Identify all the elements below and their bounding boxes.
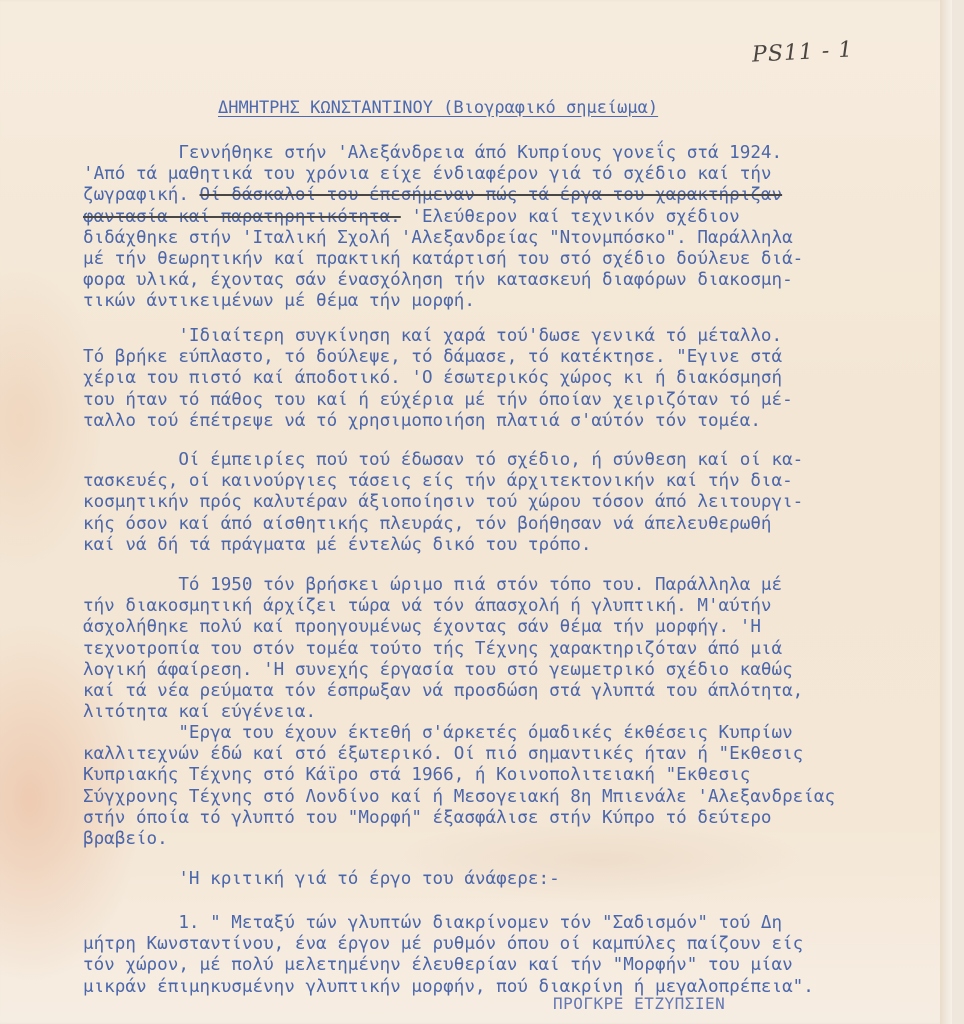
paragraph-sculpture-1950: Τό 1950 τόν βρήσκει ώριμο πιά στόν τόπο … [83,575,803,723]
text-line: Σύγχρονης Τέχνης στό Λονδίνο καί ή Μεσογ… [83,787,835,808]
paragraph-birth-education: Γεννήθηκε στήν 'Αλεξάνδρεια άπό Κυπρίους… [83,143,803,313]
paragraph-exhibitions: "Εργα του έχουν έκτεθή σ'άρκετές όμαδικέ… [83,723,835,850]
text-line: βραβείο. [83,829,835,850]
text-line: καί τά νέα ρεύματα τόν έσπρωξαν νά προσδ… [83,681,803,702]
text-line: λιτότητα καί εύγένεια. [83,702,803,723]
text-line: τεχνοτροπία του στόν τομέα τούτο τής Τέχ… [83,639,803,660]
text-line: 'Από τά μαθητικά του χρόνια είχε ένδιαφέ… [83,164,803,185]
text-segment: 'Ελεύθερον καί τεχνικόν σχέδιον [401,207,740,227]
text-line: κής όσον καί άπό αίσθητικής πλευράς, τόν… [83,514,803,535]
text-line: λογική άφαίρεση. 'Η συνεχής έργασία του … [83,660,803,681]
text-line: Τό 1950 τόν βρήσκει ώριμο πιά στόν τόπο … [83,575,803,596]
struck-through-text: φαντασία καί παρατηρητικότητα. [83,207,401,227]
text-line: Τό βρήκε εύπλαστο, τό δούλεψε, τό δάμασε… [83,347,793,368]
text-line: 1. " Μεταξύ τών γλυπτών διακρίνομεν τόν … [83,913,814,934]
text-line: φορα υλικά, έχοντας σάν ένασχόληση τήν κ… [83,270,803,291]
text-line: τόν χώρον, μέ πολύ μελετημένην έλευθερία… [83,955,814,976]
paragraph-criticism-quote: 1. " Μεταξύ τών γλυπτών διακρίνομεν τόν … [83,913,814,998]
text-line: Γεννήθηκε στήν 'Αλεξάνδρεια άπό Κυπρίους… [83,143,803,164]
text-line: 'Ιδιαίτερη συγκίνηση καί χαρά τού'δωσε γ… [83,326,793,347]
text-line: τασκευές, οί καινούργιες τάσεις είς τήν … [83,471,803,492]
text-line: Κυπριακής Τέχνης στό Κάϊρο στά 1966, ή Κ… [83,765,835,786]
text-line: άσχολήθηκε πολύ καί προηγουμένως έχοντας… [83,617,803,638]
text-line: 'Η κριτική γιά τό έργο του άνάφερε:- [83,869,560,890]
text-line: διδάχθηκε στήν 'Ιταλική Σχολή 'Αλεξανδρε… [83,228,803,249]
text-line: μήτρη Κωνσταντίνου, ένα έργον μέ ρυθμόν … [83,934,814,955]
text-line: μέ τήν θεωρητικήν καί πρακτική κατάρτισή… [83,249,803,270]
text-line: κοσμητικήν πρός καλυτέραν άξιοποίησιν το… [83,492,803,513]
paragraph-experience: Οί έμπειρίες πού τού έδωσαν τό σχέδιο, ή… [83,450,803,556]
text-line: τικών άντικειμένων μέ θέμα τήν μορφή. [83,291,803,312]
paper-sheet: PS11 - 1 ΔΗΜΗΤΡΗΣ ΚΩΝΣΤΑΝΤΙΝΟΥ (Βιογραφι… [0,0,952,1024]
text-line: καλλιτεχνών έδώ καί στό έξωτερικό. Οί πι… [83,744,835,765]
text-line: του ήταν τό πάθος του καί ή εύχέρια μέ τ… [83,390,793,411]
text-line: τήν διακοσμητική άρχίζει τώρα νά τόν άπα… [83,596,803,617]
paper-edge [940,0,952,1024]
paragraph-criticism-heading: 'Η κριτική γιά τό έργο του άνάφερε:- [83,869,560,890]
text-line: στήν όποία τό γλυπτό του "Μορφή" έξασφάλ… [83,808,835,829]
text-segment: ζωγραφική. [83,185,200,205]
text-line: ταλλο τού έπέτρεψε νά τό χρησιμοποιήση π… [83,411,793,432]
struck-through-text: Οί δάσκαλοί του έπεσήμεναν πώς τά έργα τ… [200,185,783,205]
source-signature: ΠΡΟΓΚΡΕ ΕΤΖΥΠΣΙΕΝ [553,994,725,1013]
text-line: Οί έμπειρίες πού τού έδωσαν τό σχέδιο, ή… [83,450,803,471]
handwritten-reference-number: PS11 - 1 [751,37,853,67]
text-line: χέρια του πιστό καί άποδοτικό. 'Ο έσωτερ… [83,368,793,389]
text-line: ζωγραφική. Οί δάσκαλοί του έπεσήμεναν πώ… [83,185,803,206]
text-line: "Εργα του έχουν έκτεθή σ'άρκετές όμαδικέ… [83,723,835,744]
document-title: ΔΗΜΗΤΡΗΣ ΚΩΝΣΤΑΝΤΙΝΟΥ (Βιογραφικό σημείω… [218,98,658,118]
text-line: καί νά δή τά πράγματα μέ έντελώς δικό το… [83,535,803,556]
text-line: φαντασία καί παρατηρητικότητα. 'Ελεύθερο… [83,207,803,228]
paragraph-metalwork: 'Ιδιαίτερη συγκίνηση καί χαρά τού'δωσε γ… [83,326,793,432]
